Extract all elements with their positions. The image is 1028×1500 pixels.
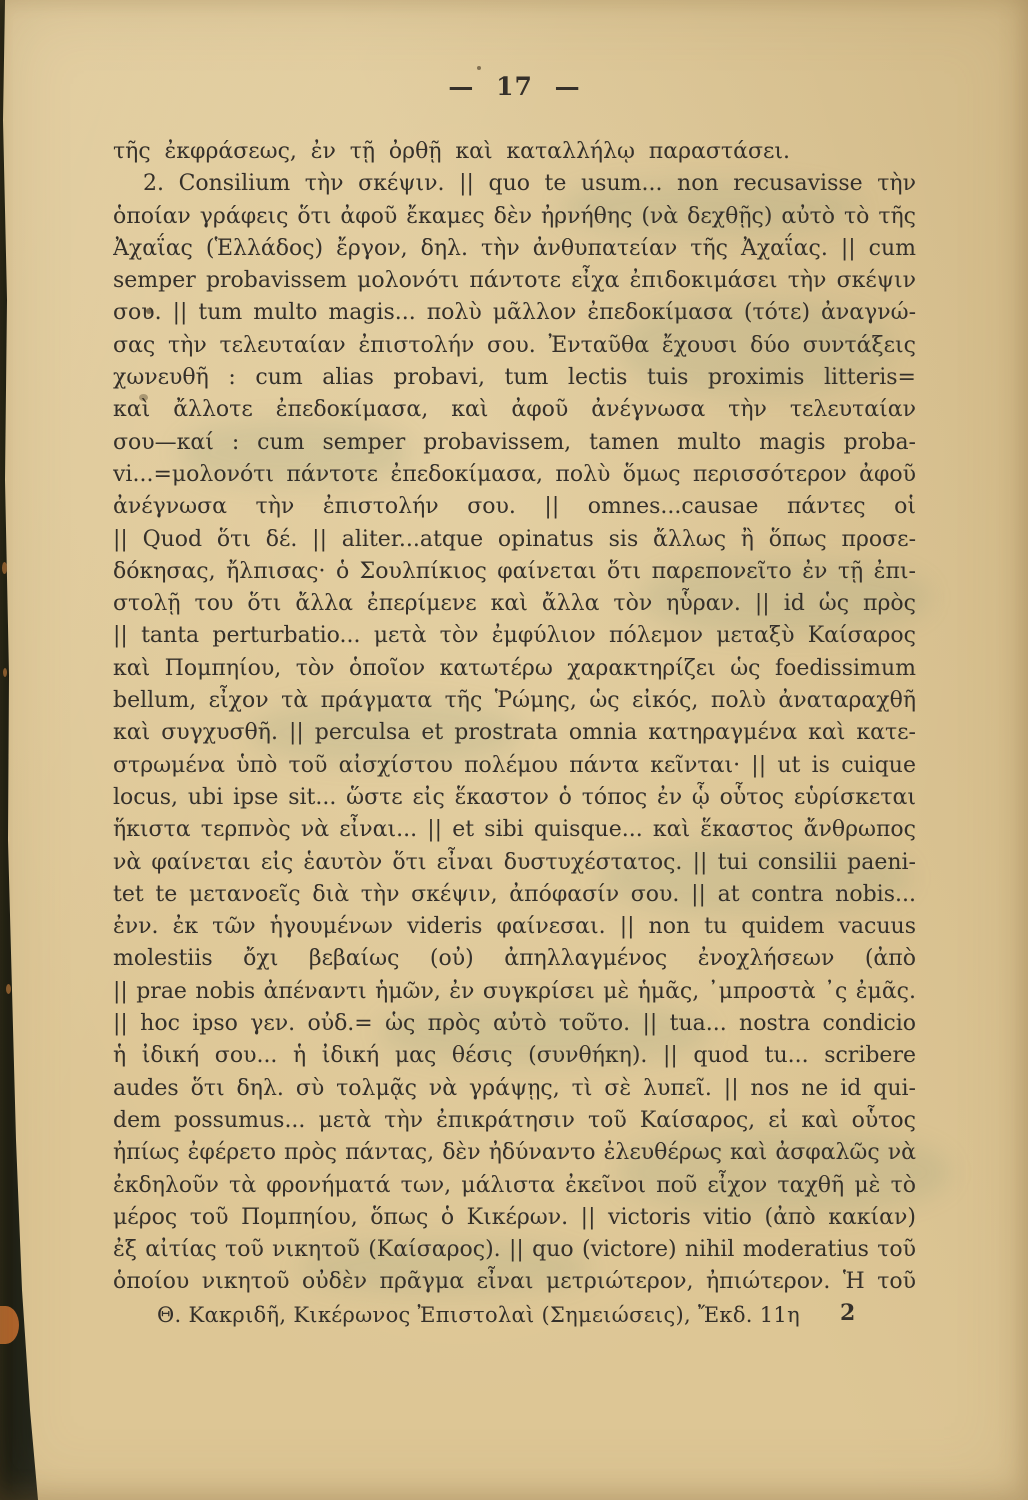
text-line: ἐκδηλοῦν τὰ φρονήματά των, μάλιστα ἐκεῖν… [113, 1170, 916, 1202]
text-line: semper probavissem μολονότι πάντοτε εἶχα… [113, 265, 916, 297]
text-line: ἠπίως ἐφέρετο πρὸς πάντας, δὲν ἠδύναντο … [113, 1137, 916, 1169]
text-line: 2. Consilium τὴν σκέψιν. || quo te usum.… [113, 168, 916, 200]
text-line: tet te μετανοεῖς διὰ τὴν σκέψιν, ἀπόφασί… [113, 879, 916, 911]
binding-fleck [2, 562, 7, 574]
text-line: ἡ ἰδική σου... ἡ ἰδική μας θέσις (συνθήκ… [113, 1040, 916, 1072]
text-line: locus, ubi ipse sit... ὥστε εἰς ἕκαστον … [113, 782, 916, 814]
text-line: στολῇ του ὅτι ἄλλα ἐπερίμενε καὶ ἄλλα τὸ… [113, 588, 916, 620]
text-line: ἥκιστα τερπνὸς νὰ εἶναι... || et sibi qu… [113, 814, 916, 846]
text-line: σου. || tum multo magis... πολὺ μᾶλλον ἐ… [113, 297, 916, 329]
text-line: ὁποίου νικητοῦ οὐδὲν πρᾶγμα εἶναι μετριώ… [113, 1266, 916, 1298]
text-line: || Quod ὅτι δέ. || aliter...atque opinat… [113, 524, 916, 556]
page-number: — 17 — [113, 72, 916, 101]
text-line: μέρος τοῦ Πομπηίου, ὅπως ὁ Κικέρων. || v… [113, 1202, 916, 1234]
signature-number: 2 [840, 1300, 855, 1326]
body-text: τῆς ἐκφράσεως, ἐν τῇ ὀρθῇ καὶ καταλλήλῳ … [113, 136, 916, 1299]
text-line: καὶ Πομπηίου, τὸν ὁποῖον κατωτέρω χαρακτ… [113, 653, 916, 685]
text-line: bellum, εἶχον τὰ πράγματα τῆς Ῥώμης, ὡς … [113, 685, 916, 717]
text-line: audes ὅτι δηλ. σὺ τολμᾷς νὰ γράψῃς, τὶ σ… [113, 1073, 916, 1105]
binding-fleck [6, 984, 11, 994]
text-line: || prae nobis ἀπέναντι ἡμῶν, ἐν συγκρίσε… [113, 976, 916, 1008]
ink-speck [477, 66, 481, 70]
text-line: σου—καί : cum semper probavissem, tamen … [113, 427, 916, 459]
text-line: Ἀχαΐας (Ἑλλάδος) ἔργον, δηλ. τὴν ἀνθυπατ… [113, 233, 916, 265]
text-line: || tanta perturbatio... μετὰ τὸν ἐμφύλιο… [113, 620, 916, 652]
text-line: vi...=μολονότι πάντοτε ἐπεδοκίμασα, πολὺ… [113, 459, 916, 491]
binding-edge [0, 0, 40, 1500]
text-line: σας τὴν τελευταίαν ἐπιστολήν σου. Ἐνταῦθ… [113, 330, 916, 362]
text-line: τῆς ἐκφράσεως, ἐν τῇ ὀρθῇ καὶ καταλλήλῳ … [113, 136, 790, 168]
text-line: ὁποίαν γράφεις ὅτι ἀφοῦ ἔκαμες δὲν ἠρνήθ… [113, 201, 916, 233]
text-line: || hoc ipso γεν. οὐδ.= ὡς πρὸς αὐτὸ τοῦτ… [113, 1008, 916, 1040]
text-line: χωνευθῆ : cum alias probavi, tum lectis … [113, 362, 916, 394]
text-line: ἐνν. ἐκ τῶν ἡγουμένων videris φαίνεσαι. … [113, 911, 916, 943]
text-line: ἀνέγνωσα τὴν ἐπιστολήν σου. || omnes...c… [113, 491, 916, 523]
text-line: καὶ ἄλλοτε ἐπεδοκίμασα, καὶ ἀφοῦ ἀνέγνωσ… [113, 394, 916, 426]
text-line: νὰ φαίνεται εἰς ἑαυτὸν ὅτι εἶναι δυστυχέ… [113, 847, 916, 879]
footer-citation: Θ. Κακριδῆ, Κικέρωνος Ἐπιστολαὶ (Σημειώσ… [157, 1303, 800, 1327]
text-line: ἐξ αἰτίας τοῦ νικητοῦ (Καίσαρος). || quo… [113, 1234, 916, 1266]
text-line: dem possumus... μετὰ τὴν ἐπικράτησιν τοῦ… [113, 1105, 916, 1137]
ink-speck [139, 394, 148, 401]
text-line: καὶ συγχυσθῆ. || perculsa et prostrata o… [113, 717, 916, 749]
binding-fleck [3, 668, 7, 677]
text-line: δόκησας, ἤλπισας· ὁ Σουλπίκιος φαίνεται … [113, 556, 916, 588]
text-line: molestiis ὄχι βεβαίως (οὐ) ἀπηλλαγμένος … [113, 943, 916, 975]
text-line: στρωμένα ὑπὸ τοῦ αἰσχίστου πολέμου πάντα… [113, 750, 916, 782]
book-page: — 17 — τῆς ἐκφράσεως, ἐν τῇ ὀρθῇ καὶ κατ… [0, 0, 1028, 1500]
ink-speck [146, 308, 152, 314]
